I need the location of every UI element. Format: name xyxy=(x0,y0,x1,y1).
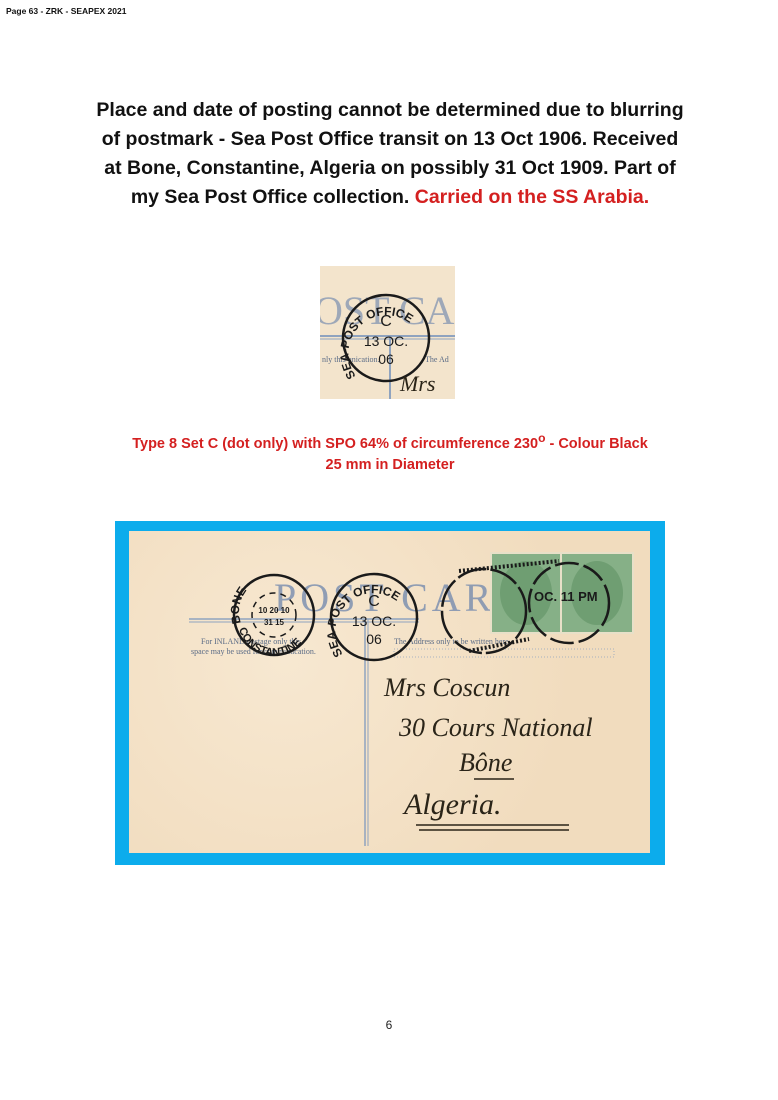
description-text: Place and date of posting cannot be dete… xyxy=(95,96,685,212)
detail-date: 13 OC. xyxy=(364,333,408,349)
svg-text:30 Cours National: 30 Cours National xyxy=(398,713,593,742)
svg-text:Bône: Bône xyxy=(459,748,512,777)
postmark-detail-image: OST CAR nly this unication. The Ad SEA-P… xyxy=(320,266,455,399)
detail-year: 06 xyxy=(378,351,394,367)
page-number: 6 xyxy=(0,1018,778,1032)
detail-card-text-right: The Ad xyxy=(425,355,449,364)
page-header: Page 63 - ZRK - SEAPEX 2021 xyxy=(6,6,126,16)
svg-text:10 20 10: 10 20 10 xyxy=(258,606,290,615)
svg-text:06: 06 xyxy=(366,631,382,647)
address: Mrs Coscun 30 Cours National Bône Algeri… xyxy=(383,673,593,830)
svg-text:13 OC.: 13 OC. xyxy=(352,613,396,629)
postmark-desc-line2: 25 mm in Diameter xyxy=(95,455,685,476)
postmark-description: Type 8 Set C (dot only) with SPO 64% of … xyxy=(95,428,685,476)
svg-text:31 15: 31 15 xyxy=(264,618,285,627)
postmark-desc-line1: Type 8 Set C (dot only) with SPO 64% of … xyxy=(132,436,538,452)
postcard-frame: POST CARD For INLAND postage only this s… xyxy=(115,521,665,865)
description-red: Carried on the SS Arabia. xyxy=(415,186,649,208)
detail-handwriting: Mrs xyxy=(399,371,435,396)
svg-text:OC. 11 PM: OC. 11 PM xyxy=(534,589,598,604)
detail-set-letter: C xyxy=(380,313,392,330)
postmark-desc-line1-end: - Colour Black xyxy=(545,436,647,452)
svg-text:Mrs Coscun: Mrs Coscun xyxy=(383,673,510,702)
postcard-image: POST CARD For INLAND postage only this s… xyxy=(129,531,650,853)
svg-text:C: C xyxy=(368,593,380,610)
svg-text:Algeria.: Algeria. xyxy=(402,788,502,821)
